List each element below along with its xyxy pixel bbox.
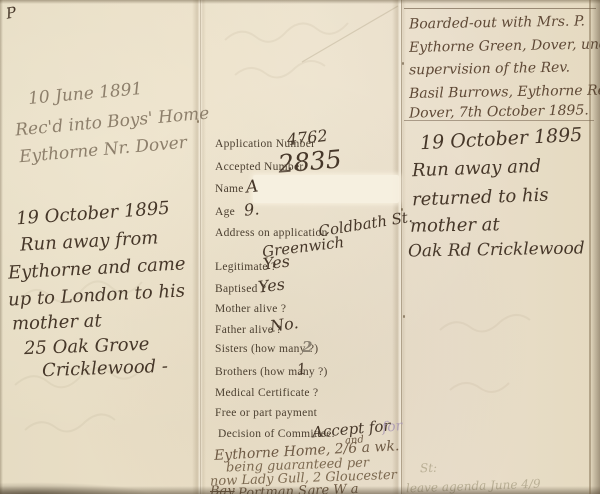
runaway-note-line: Run away and [412, 156, 542, 181]
photo-edge-left [0, 0, 3, 494]
photo-edge-right [590, 0, 600, 494]
note-1895-line: 19 October 1895 [15, 198, 170, 230]
note-1891-line: 10 June 1891 [27, 79, 143, 109]
decision-annotation: for [381, 418, 403, 436]
note-1895-line: up to London to his [8, 280, 186, 310]
pen-corner-mark: P [5, 3, 18, 22]
runaway-note-line: returned to his [412, 185, 549, 211]
field-value-sisters: 2 [302, 338, 312, 356]
fold-crease-left [192, 0, 206, 494]
boarding-note-line: Boarded-out with Mrs. P. [409, 13, 585, 32]
boarding-note-line: Eythorne Green, Dover, under [409, 36, 600, 56]
runaway-note-line: 19 October 1895 [420, 124, 583, 154]
field-value-age: 9. [243, 199, 260, 219]
fold-crease-left-line [200, 0, 201, 494]
field-value-accepted-number: 2835 [277, 144, 343, 178]
note-1895-line: Cricklewood - [42, 356, 169, 381]
field-value-legitimate: Yes [262, 251, 291, 273]
name-redaction-strip [253, 175, 399, 203]
photo-edge-top [0, 0, 600, 4]
note-1895-line: mother at [12, 310, 102, 334]
field-value-brothers: 1 [296, 359, 308, 378]
field-label-age: Age [215, 206, 235, 218]
runaway-note-line: Oak Rd Cricklewood [408, 238, 585, 261]
ruled-line-under-date [404, 120, 594, 121]
field-value-name-initial: A [245, 176, 259, 197]
ruled-line-top [404, 8, 596, 9]
field-label-medical-certificate: Medical Certificate ? [215, 387, 318, 399]
boarding-note-line: Dover, 7th October 1895. [409, 102, 589, 121]
field-value-baptised: Yes [257, 274, 286, 296]
boarding-note-line: supervision of the Rev. [409, 60, 570, 79]
note-1895-line: 25 Oak Grove [24, 334, 150, 359]
note-1895-line: Eythorne and came [8, 253, 187, 283]
field-label-brothers: Brothers (how many ?) [215, 366, 328, 378]
scanned-admission-record: P 10 June 1891 Rec'd into Boys' Home Eyt… [0, 0, 600, 494]
field-value-father-alive: No. [269, 313, 300, 336]
bottom-corner-shadow [0, 482, 150, 494]
boarding-note-line: Basil Burrows, Eythorne Rect'y [409, 82, 600, 102]
runaway-note-line: mother at [410, 214, 500, 237]
field-label-name: Name [215, 183, 244, 195]
field-label-mother-alive: Mother alive ? [215, 303, 286, 315]
faint-pencil-note-1: St: [420, 461, 438, 476]
field-label-free-or-part-payment: Free or part payment [215, 407, 317, 419]
note-1895-line: Run away from [20, 227, 159, 255]
